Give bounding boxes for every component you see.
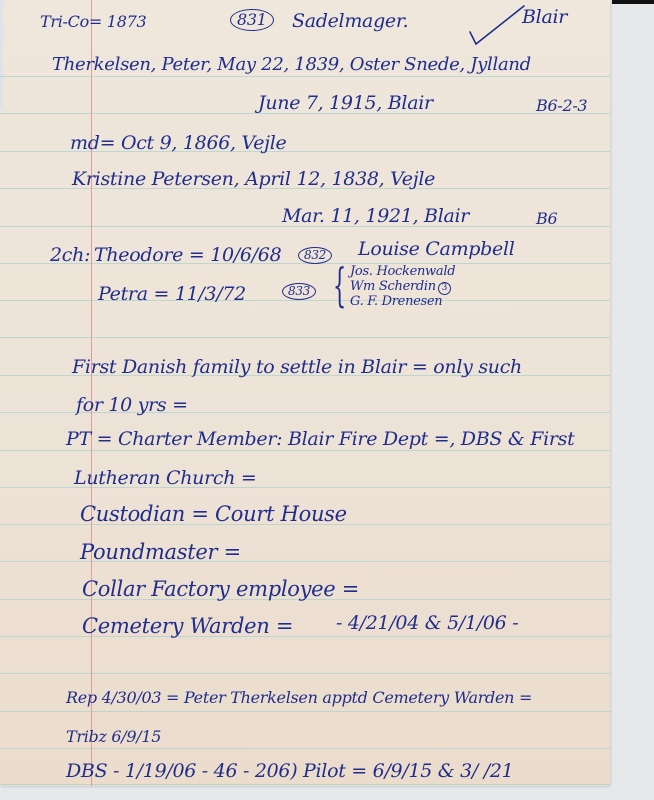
petra-spouse-3: G. F. Drenesen bbox=[350, 294, 442, 309]
footer-line: Tribz 6/9/15 bbox=[66, 727, 161, 746]
child-petra: Petra = 11/3/72 bbox=[98, 283, 246, 305]
subject-death: June 7, 1915, Blair bbox=[258, 92, 433, 114]
child-theodore: Theodore = 10/6/68 bbox=[94, 244, 281, 266]
header-place: Blair bbox=[522, 6, 567, 28]
scan-edge-bar bbox=[612, 0, 654, 4]
occupation: Sadelmager. bbox=[292, 10, 408, 32]
record-number-badge: 831 bbox=[230, 8, 274, 31]
children-label: 2ch: bbox=[50, 244, 90, 266]
child-theodore-record: 832 bbox=[298, 242, 332, 264]
note-line: Cemetery Warden = bbox=[82, 614, 293, 638]
record-number: 832 bbox=[298, 247, 332, 264]
note-line: PT = Charter Member: Blair Fire Dept =, … bbox=[66, 428, 574, 450]
footer-line: DBS - 1/19/06 - 46 - 206) Pilot = 6/9/15… bbox=[66, 760, 513, 782]
spouse-death: Mar. 11, 1921, Blair bbox=[282, 205, 469, 227]
lined-paper-page: Tri-Co= 1873 831 Sadelmager. Blair Therk… bbox=[0, 0, 610, 786]
petra-spouse-2: Wm Scherdin3 bbox=[350, 279, 451, 295]
footer-line: Rep 4/30/03 = Peter Therkelsen apptd Cem… bbox=[66, 688, 532, 707]
subject-burial-ref: B6-2-3 bbox=[536, 96, 587, 115]
note-line: Custodian = Court House bbox=[80, 502, 347, 526]
spouse-burial-ref: B6 bbox=[536, 209, 557, 228]
brace-icon: { bbox=[333, 262, 346, 308]
note-line: First Danish family to settle in Blair =… bbox=[72, 356, 522, 378]
note-line: for 10 yrs = bbox=[76, 394, 188, 416]
subject-name-birth: Therkelsen, Peter, May 22, 1839, Oster S… bbox=[52, 54, 531, 75]
check-mark-icon bbox=[468, 4, 528, 46]
record-number: 831 bbox=[230, 9, 274, 31]
note-line: Collar Factory employee = bbox=[82, 577, 359, 601]
child-theodore-spouse: Louise Campbell bbox=[358, 238, 515, 260]
marriage-line: md= Oct 9, 1866, Vejle bbox=[70, 132, 286, 154]
petra-spouse-1: Jos. Hockenwald bbox=[350, 264, 455, 279]
child-petra-record: 833 bbox=[282, 278, 316, 300]
spouse-name-birth: Kristine Petersen, April 12, 1838, Vejle bbox=[72, 168, 435, 190]
arrival-note: Tri-Co= 1873 bbox=[40, 12, 146, 31]
petra-spouse-2-name: Wm Scherdin bbox=[350, 279, 436, 294]
note-line: - 4/21/04 & 5/1/06 - bbox=[336, 612, 518, 634]
note-line: Poundmaster = bbox=[80, 540, 241, 564]
record-number: 833 bbox=[282, 283, 316, 300]
note-line: Lutheran Church = bbox=[74, 467, 257, 489]
torn-edge bbox=[0, 0, 6, 110]
margin-line bbox=[91, 0, 92, 786]
